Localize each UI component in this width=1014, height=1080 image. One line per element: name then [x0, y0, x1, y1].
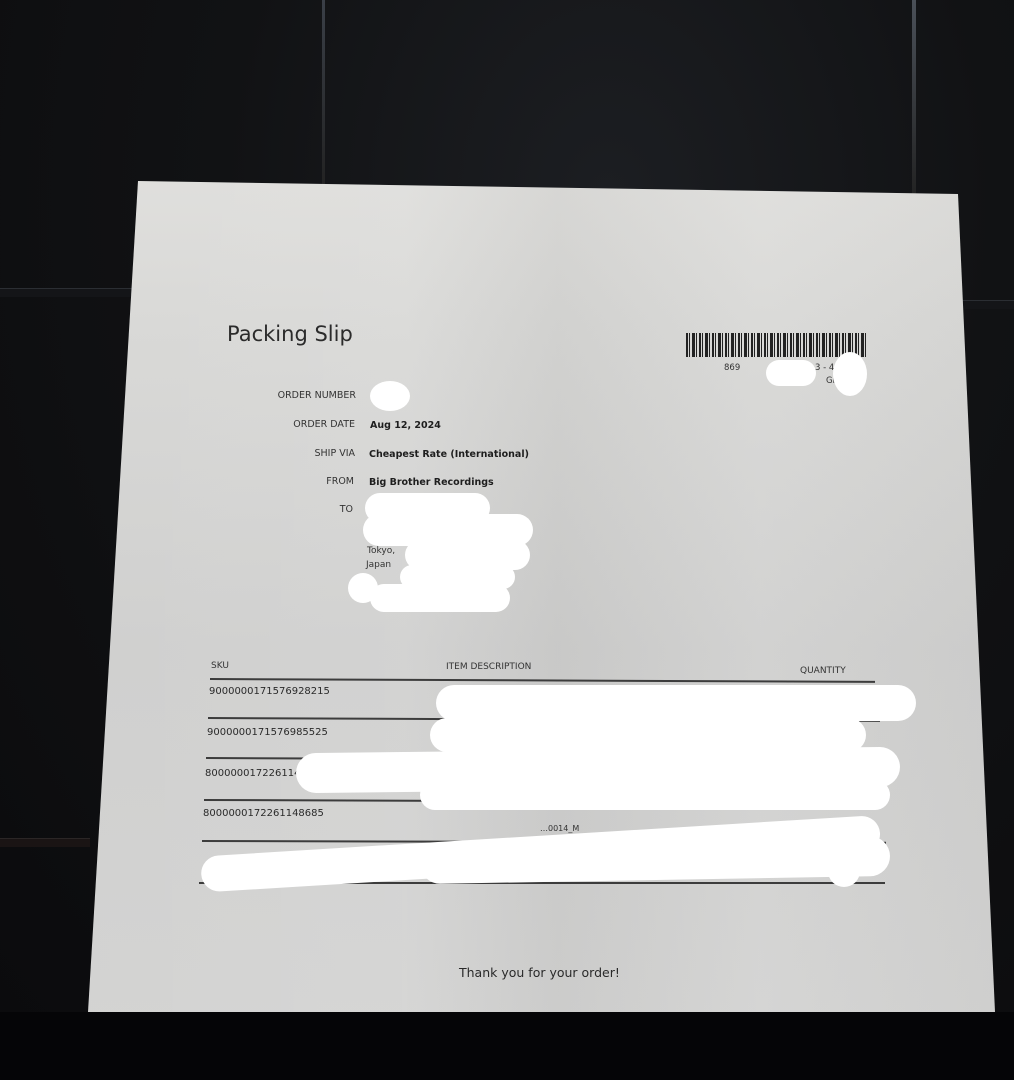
- order-date-value: Aug 12, 2024: [370, 420, 441, 431]
- table-row-sku: 9000000171576928215: [209, 686, 330, 697]
- redaction-mark: [833, 352, 867, 396]
- header-divider: [210, 678, 875, 683]
- address-line-city: Tokyo,: [367, 546, 395, 556]
- redaction-mark: [420, 780, 890, 810]
- barcode-icon: [686, 333, 866, 357]
- bottom-black-band: [0, 1012, 1014, 1080]
- table-row-sku: 9000000171576985525: [207, 727, 328, 738]
- redaction-mark: [420, 836, 891, 884]
- to-label: TO: [213, 504, 353, 515]
- table-row-description: …0014_M: [540, 824, 579, 833]
- column-header-quantity: QUANTITY: [800, 666, 846, 676]
- order-number-label: ORDER NUMBER: [216, 390, 356, 401]
- leather-seam: [955, 300, 1014, 309]
- table-row-sku: 800000017226114: [205, 768, 300, 779]
- from-value: Big Brother Recordings: [369, 477, 494, 488]
- leather-seam: [912, 0, 916, 200]
- redaction-mark: [436, 685, 916, 721]
- order-date-label: ORDER DATE: [215, 419, 355, 430]
- leather-seam: [0, 838, 90, 847]
- barcode-number-suffix: 3 - 4: [815, 363, 834, 373]
- redaction-mark: [766, 360, 816, 386]
- leather-seam: [0, 288, 140, 297]
- column-header-sku: SKU: [211, 661, 229, 671]
- leather-seam: [322, 0, 325, 190]
- ship-via-value: Cheapest Rate (International): [369, 449, 529, 460]
- thank-you-message: Thank you for your order!: [459, 965, 620, 980]
- table-row-sku: 8000000172261148685: [203, 808, 324, 819]
- redaction-mark: [370, 381, 410, 411]
- column-header-description: ITEM DESCRIPTION: [446, 662, 531, 672]
- address-line-country: Japan: [366, 560, 391, 570]
- redaction-mark: [370, 584, 510, 612]
- ship-via-label: SHIP VIA: [215, 448, 355, 459]
- barcode-number-prefix: 869: [724, 363, 740, 373]
- page-title: Packing Slip: [227, 322, 353, 346]
- from-label: FROM: [214, 476, 354, 487]
- redaction-mark: [828, 855, 860, 887]
